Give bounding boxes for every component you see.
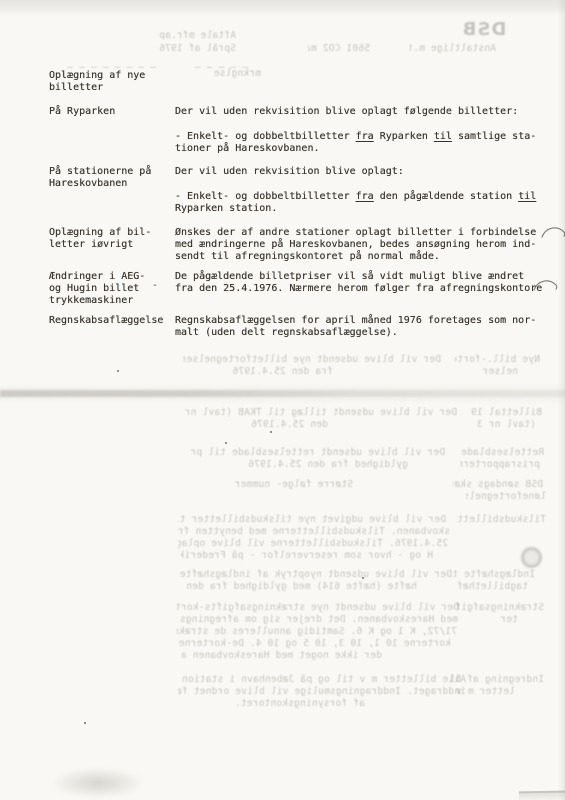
- bottom-left-smudge: [52, 768, 144, 798]
- paragraph: - Enkelt- og dobbeltbilletter fra Rypark…: [175, 131, 549, 155]
- paper-speck: [84, 722, 86, 724]
- paper-speck: [225, 442, 227, 444]
- section-label-line: Regnskabsaflæggelse: [49, 315, 171, 327]
- section-label-line: Oplægning af nye: [49, 70, 171, 82]
- section-label-line: På stationerne på: [49, 166, 171, 178]
- section-label-line: billetter: [49, 82, 171, 94]
- section-body: Der vil uden rekvisition blive oplagt fø…: [175, 106, 549, 156]
- text-segment: - Enkelt- og dobbeltbilletter: [175, 131, 356, 142]
- paragraph: - Enkelt- og dobbeltbilletter fra den på…: [175, 191, 549, 215]
- body-line: Der vil uden rekvisition blive oplagt fø…: [175, 106, 549, 118]
- paragraph: Regnskabsaflæggelsen for april måned 197…: [175, 315, 549, 339]
- text-segment: med ændringerne på Hareskovbanen, bedes …: [175, 239, 536, 250]
- section-label: Oplægning af bil-letter iøvrigt: [49, 227, 171, 251]
- section-label: Oplægning af nyebilletter: [49, 70, 171, 94]
- body-line: tioner på Hareskovbanen.: [175, 143, 549, 155]
- document-body: Oplægning af nyebilletterPå RyparkenDer …: [0, 0, 565, 800]
- underlined-word: fra: [356, 131, 374, 142]
- body-line: Regnskabsaflæggelsen for april måned 197…: [175, 315, 549, 327]
- ring-smudge: [521, 547, 542, 568]
- text-segment: Der vil uden rekvisition blive oplagt fø…: [175, 106, 518, 117]
- section-label-line: letter iøvrigt: [49, 239, 171, 251]
- text-segment: tioner på Hareskovbanen.: [175, 143, 320, 154]
- section-body: Regnskabsaflæggelsen for april måned 197…: [175, 315, 549, 339]
- page-corner-edge: [519, 791, 565, 800]
- underlined-word: fra: [356, 191, 374, 202]
- section-label: Regnskabsaflæggelse: [49, 315, 171, 327]
- text-segment: - Enkelt- og dobbeltbilletter: [175, 191, 356, 202]
- text-segment: De pågældende billetpriser vil så vidt m…: [175, 271, 524, 282]
- section-body: Der vil uden rekvisition blive oplagt:- …: [175, 166, 549, 216]
- body-line: fra den 25.4.1976. Nærmere herom følger …: [175, 283, 549, 295]
- scanned-document-page: { "page": { "paper_color": "#f9f8f4", "i…: [0, 0, 565, 800]
- text-segment: den pågældende station: [374, 191, 519, 202]
- section-label-line: På Ryparken: [49, 106, 171, 118]
- body-line: malt (uden delt regnskabsaflæggelse).: [175, 327, 549, 339]
- paragraph: Der vil uden rekvisition blive oplagt fø…: [175, 106, 549, 118]
- body-line: Ryparken station.: [175, 203, 549, 215]
- body-line: Der vil uden rekvisition blive oplagt:: [175, 166, 549, 178]
- section-label-line: Hareskovbanen: [49, 178, 171, 190]
- text-segment: Ønskes der af andre stationer oplagt bil…: [175, 227, 536, 238]
- text-segment: Der vil uden rekvisition blive oplagt:: [175, 166, 404, 177]
- paragraph: De pågældende billetpriser vil så vidt m…: [175, 271, 549, 295]
- text-segment: Regnskabsaflæggelsen for april måned 197…: [175, 315, 536, 326]
- body-line: sendt til afregningskontoret på normal m…: [175, 251, 549, 263]
- text-segment: sendt til afregningskontoret på normal m…: [175, 251, 440, 262]
- paper-speck: [270, 431, 272, 433]
- body-line: med ændringerne på Hareskovbanen, bedes …: [175, 239, 549, 251]
- text-segment: fra den 25.4.1976. Nærmere herom følger …: [175, 283, 542, 294]
- section-label-line: trykkemaskiner: [49, 295, 171, 307]
- paragraph: Der vil uden rekvisition blive oplagt:: [175, 166, 549, 178]
- underlined-word: til: [518, 191, 536, 202]
- pen-curve-mark: [541, 225, 565, 241]
- text-segment: Ryparken station.: [175, 203, 277, 214]
- paragraph: Ønskes der af andre stationer oplagt bil…: [175, 227, 549, 264]
- section-body: De pågældende billetpriser vil så vidt m…: [175, 271, 549, 295]
- underlined-word: til: [434, 131, 452, 142]
- text-segment: Ryparken: [374, 131, 434, 142]
- text-segment: samtlige sta-: [452, 131, 536, 142]
- section-label: På stationerne påHareskovbanen: [49, 166, 171, 190]
- section-label-line: Oplægning af bil-: [49, 227, 171, 239]
- text-segment: malt (uden delt regnskabsaflæggelse).: [175, 327, 398, 338]
- body-line: De pågældende billetpriser vil så vidt m…: [175, 271, 549, 283]
- body-line: - Enkelt- og dobbeltbilletter fra Rypark…: [175, 131, 549, 143]
- paper-speck: [362, 577, 364, 579]
- body-line: Ønskes der af andre stationer oplagt bil…: [175, 227, 549, 239]
- section-label: På Ryparken: [49, 106, 171, 118]
- stray-dash-mark: -: [152, 280, 158, 291]
- section-body: Ønskes der af andre stationer oplagt bil…: [175, 227, 549, 264]
- body-line: - Enkelt- og dobbeltbilletter fra den på…: [175, 191, 549, 203]
- pen-curve-mark: [533, 278, 559, 294]
- paper-speck: [117, 370, 119, 372]
